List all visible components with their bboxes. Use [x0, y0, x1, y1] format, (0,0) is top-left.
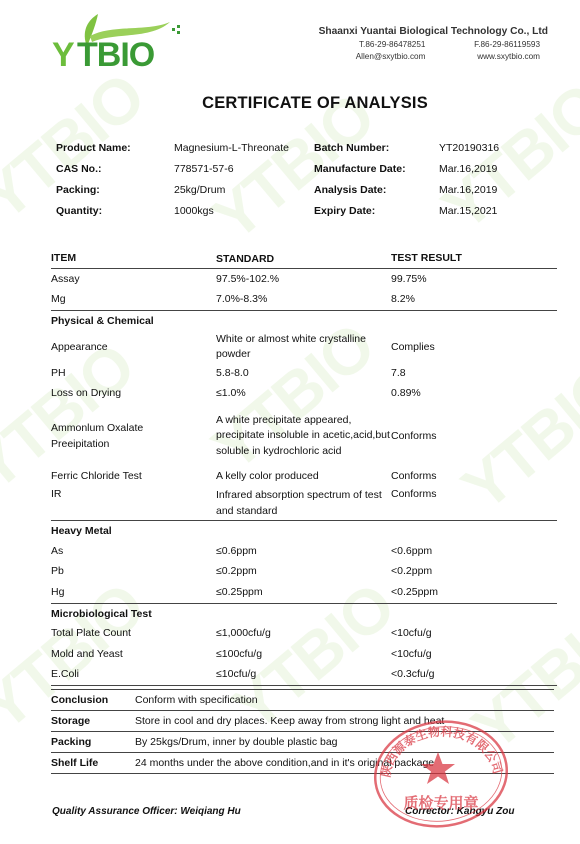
qa-officer-signature: Quality Assurance Officer: Weiqiang Hu — [52, 806, 241, 817]
svg-text:Y: Y — [52, 36, 75, 70]
standard-cell: ≤1,000cfu/g — [216, 626, 391, 641]
column-header: TEST RESULT — [391, 252, 551, 264]
standard-cell: ≤0.2ppm — [216, 564, 391, 579]
summary-row: Conclusion Conform with specification — [51, 689, 554, 711]
info-label: CAS No.: — [56, 163, 174, 175]
fax-number: F.86-29-86119593 — [445, 40, 540, 49]
table-row: Mg 7.0%-8.3% 8.2% — [51, 290, 557, 311]
table-row: PH 5.8-8.0 7.8 — [51, 363, 557, 384]
official-seal: 陕西源泰生物科技有限公司 质检专用章 — [372, 718, 510, 830]
result-cell: Complies — [391, 341, 551, 353]
company-contact: Shaanxi Yuantai Biological Technology Co… — [300, 26, 540, 61]
table-row: Loss on Drying ≤1.0% 0.89% — [51, 384, 557, 405]
standard-cell: ≤100cfu/g — [216, 647, 391, 662]
item-cell: Ferric Chloride Test — [51, 469, 216, 484]
item-cell: Ammonlum Oxalate Preeipitation — [51, 420, 216, 452]
info-label: Product Name: — [56, 142, 174, 154]
result-cell: 99.75% — [391, 272, 551, 287]
info-label: Analysis Date: — [314, 184, 439, 196]
section-title: Microbiological Test — [51, 604, 557, 624]
result-cell: <0.2ppm — [391, 564, 551, 579]
table-row: IR Infrared absorption spectrum of test … — [51, 485, 557, 520]
table-row: E.Coli ≤10cfu/g <0.3cfu/g — [51, 665, 557, 686]
info-value: 1000kgs — [174, 205, 314, 217]
company-logo: Y TBIO — [52, 10, 192, 70]
standard-cell: Infrared absorption spectrum of test and… — [216, 488, 391, 519]
item-cell: E.Coli — [51, 667, 216, 682]
info-value: 25kg/Drum — [174, 184, 314, 196]
result-cell: <10cfu/g — [391, 626, 551, 641]
result-cell: 0.89% — [391, 386, 551, 401]
item-cell: PH — [51, 366, 216, 381]
standard-cell: 5.8-8.0 — [216, 366, 391, 381]
result-cell: <10cfu/g — [391, 647, 551, 662]
table-row: Pb ≤0.2ppm <0.2ppm — [51, 562, 557, 583]
item-cell: Total Plate Count — [51, 626, 216, 641]
info-label: Batch Number: — [314, 142, 439, 154]
item-cell: As — [51, 544, 216, 559]
company-name: Shaanxi Yuantai Biological Technology Co… — [300, 26, 548, 37]
standard-cell: A kelly color produced — [216, 469, 391, 484]
divider — [51, 685, 557, 686]
website-link[interactable]: www.sxytbio.com — [445, 52, 540, 61]
product-info: Product Name: Magnesium-L-Threonate Batc… — [56, 137, 539, 221]
item-cell: Hg — [51, 585, 216, 600]
info-value: Mar.16,2019 — [439, 184, 539, 196]
result-cell: Conforms — [391, 488, 551, 500]
svg-text:质检专用章: 质检专用章 — [403, 794, 478, 812]
info-row: Product Name: Magnesium-L-Threonate Batc… — [56, 137, 539, 158]
test-results-table: ITEM STANDARD TEST RESULT Assay 97.5%-10… — [51, 252, 557, 686]
info-value: 778571-57-6 — [174, 163, 314, 175]
email-link[interactable]: Allen@sxytbio.com — [300, 52, 445, 61]
standard-cell: 7.0%-8.3% — [216, 292, 391, 307]
summary-value: Conform with specification — [135, 694, 554, 706]
seal-icon: 陕西源泰生物科技有限公司 质检专用章 — [372, 718, 510, 830]
item-cell: Appearance — [51, 341, 216, 353]
result-cell: 8.2% — [391, 292, 551, 307]
summary-label: Shelf Life — [51, 757, 135, 769]
result-cell: <0.25ppm — [391, 585, 551, 600]
info-row: Packing: 25kg/Drum Analysis Date: Mar.16… — [56, 179, 539, 200]
table-row: Assay 97.5%-102.% 99.75% — [51, 269, 557, 290]
info-label: Packing: — [56, 184, 174, 196]
table-row: Ferric Chloride Test A kelly color produ… — [51, 468, 557, 485]
standard-cell: A white precipitate appeared, precipitat… — [216, 413, 391, 460]
result-cell: <0.3cfu/g — [391, 667, 551, 682]
section-title: Physical & Chemical — [51, 311, 557, 331]
result-cell: Conforms — [391, 469, 551, 484]
table-header: ITEM STANDARD TEST RESULT — [51, 252, 557, 269]
phone-number: T.86-29-86478251 — [300, 40, 445, 49]
document-title: CERTIFICATE OF ANALYSIS — [0, 94, 580, 113]
standard-cell: ≤0.6ppm — [216, 544, 391, 559]
table-row: Ammonlum Oxalate Preeipitation A white p… — [51, 404, 557, 468]
info-label: Quantity: — [56, 205, 174, 217]
info-label: Expiry Date: — [314, 205, 439, 217]
result-cell: <0.6ppm — [391, 544, 551, 559]
leaf-logo-icon: Y TBIO — [52, 10, 192, 70]
table-row: Appearance White or almost white crystal… — [51, 331, 557, 363]
item-cell: Mg — [51, 292, 216, 307]
item-cell: Mold and Yeast — [51, 647, 216, 662]
table-row: Mold and Yeast ≤100cfu/g <10cfu/g — [51, 644, 557, 665]
info-label: Manufacture Date: — [314, 163, 439, 175]
section-title: Heavy Metal — [51, 521, 557, 541]
table-row: Total Plate Count ≤1,000cfu/g <10cfu/g — [51, 624, 557, 645]
column-header: STANDARD — [216, 252, 391, 268]
standard-cell: ≤1.0% — [216, 386, 391, 401]
standard-cell: White or almost white crystalline powder — [216, 332, 391, 363]
column-header: ITEM — [51, 252, 216, 264]
summary-label: Conclusion — [51, 694, 135, 706]
info-value: YT20190316 — [439, 142, 539, 154]
result-cell: 7.8 — [391, 366, 551, 381]
result-cell: Conforms — [391, 430, 551, 442]
standard-cell: ≤0.25ppm — [216, 585, 391, 600]
item-cell: IR — [51, 488, 216, 500]
svg-text:TBIO: TBIO — [77, 36, 155, 70]
info-value: Mar.16,2019 — [439, 163, 539, 175]
item-cell: Loss on Drying — [51, 386, 216, 401]
standard-cell: ≤10cfu/g — [216, 667, 391, 682]
table-row: Hg ≤0.25ppm <0.25ppm — [51, 582, 557, 603]
info-value: Mar.15,2021 — [439, 205, 539, 217]
item-cell: Assay — [51, 272, 216, 287]
info-row: CAS No.: 778571-57-6 Manufacture Date: M… — [56, 158, 539, 179]
summary-label: Storage — [51, 715, 135, 727]
item-cell: Pb — [51, 564, 216, 579]
standard-cell: 97.5%-102.% — [216, 272, 391, 287]
info-row: Quantity: 1000kgs Expiry Date: Mar.15,20… — [56, 200, 539, 221]
summary-label: Packing — [51, 736, 135, 748]
table-row: As ≤0.6ppm <0.6ppm — [51, 541, 557, 562]
info-value: Magnesium-L-Threonate — [174, 142, 314, 154]
